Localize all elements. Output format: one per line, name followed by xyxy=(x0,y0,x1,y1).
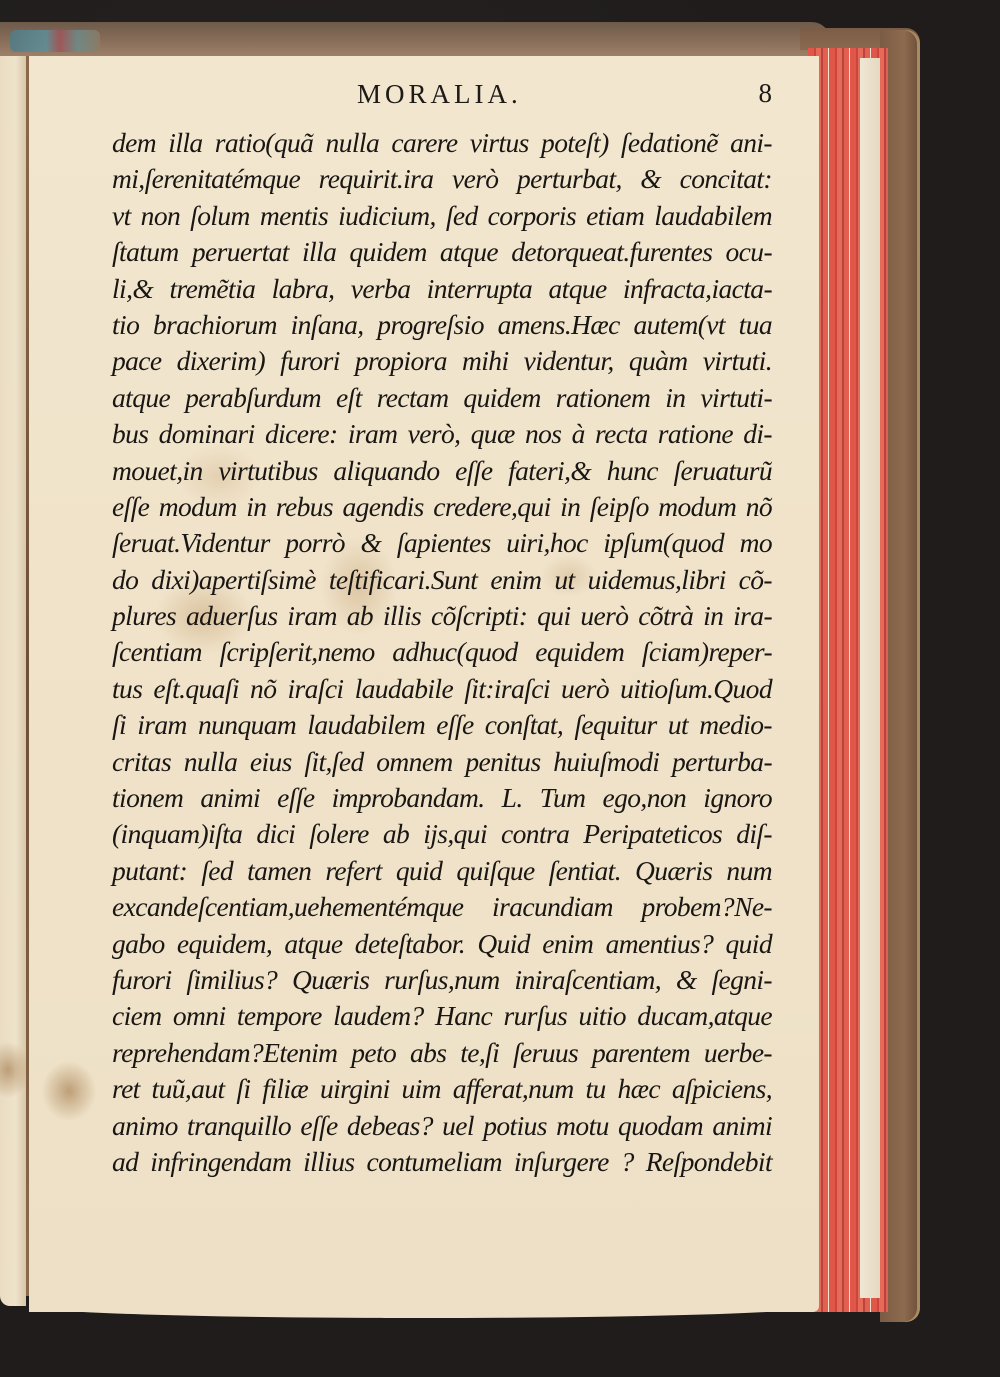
text-line: ad infringendam illius contumeliam inſur… xyxy=(112,1144,772,1180)
text-line: ſi iram nunquam laudabilem eſſe conſtat,… xyxy=(112,707,772,743)
text-line: excandeſcentiam,uehementémque iracundiam… xyxy=(112,889,772,925)
page-number: 8 xyxy=(759,78,773,109)
running-title: MORALIA. xyxy=(357,79,522,110)
text-line: pace dixerim) furori propiora mihi viden… xyxy=(112,343,772,379)
text-line: li,& tremẽtia labra, verba interrupta at… xyxy=(112,271,772,307)
text-line: vt non ſolum mentis iudicium, ſed corpor… xyxy=(112,198,772,234)
text-line: tus eſt.quaſi nõ iraſci laudabile ſit:ir… xyxy=(112,671,772,707)
text-line: furori ſimilius? Quæris rurſus,num inira… xyxy=(112,962,772,998)
text-block: MORALIA. 8 dem illa ratio(quã nulla care… xyxy=(112,75,792,1180)
text-line: mi,ſerenitatémque requirit.ira verò pert… xyxy=(112,161,772,197)
text-line: atque perabſurdum eſt rectam quidem rati… xyxy=(112,380,772,416)
page-stack xyxy=(860,58,880,1298)
text-line: dem illa ratio(quã nulla carere virtus p… xyxy=(112,125,772,161)
text-line: animo tranquillo eſſe debeas? uel potius… xyxy=(112,1108,772,1144)
stain xyxy=(0,1030,26,1110)
text-line: plures aduerſus iram ab illis cõſcripti:… xyxy=(112,598,772,634)
text-line: putant: ſed tamen refert quid quiſque ſe… xyxy=(112,853,772,889)
running-head: MORALIA. 8 xyxy=(112,75,792,115)
text-line: ſeruat.Videntur porrò & ſapientes uiri,h… xyxy=(112,525,772,561)
text-line: ret tuũ,aut ſi filiæ uirgini uim afferat… xyxy=(112,1071,772,1107)
text-line: do dixi)apertiſsimè teſtificari.Sunt eni… xyxy=(112,562,772,598)
left-page-sliver xyxy=(0,56,26,1306)
text-line: critas nulla eius ſit,ſed omnem penitus … xyxy=(112,744,772,780)
text-line: ciem omni tempore laudem? Hanc rurſus ui… xyxy=(112,998,772,1034)
text-line: ſcentiam ſcripſerit,nemo adhuc(quod equi… xyxy=(112,634,772,670)
text-line: gabo equidem, atque deteſtabor. Quid eni… xyxy=(112,926,772,962)
body-text: dem illa ratio(quã nulla carere virtus p… xyxy=(112,125,792,1180)
text-line: mouet,in virtutibus aliquando eſſe fater… xyxy=(112,453,772,489)
red-fore-edge xyxy=(808,48,888,1312)
text-line: bus dominari dicere: iram verò, quæ nos … xyxy=(112,416,772,452)
text-line: ſtatum peruertat illa quidem atque detor… xyxy=(112,234,772,270)
headband xyxy=(10,30,100,52)
text-line: tio brachiorum inſana, progreſsio amens.… xyxy=(112,307,772,343)
text-line: (inquam)iſta dici ſolere ab ijs,qui cont… xyxy=(112,816,772,852)
text-line: eſſe modum in rebus agendis credere,qui … xyxy=(112,489,772,525)
text-line: tionem animi eſſe improbandam. L. Tum eg… xyxy=(112,780,772,816)
text-line: reprehendam?Etenim peto abs te,ſi ſeruus… xyxy=(112,1035,772,1071)
